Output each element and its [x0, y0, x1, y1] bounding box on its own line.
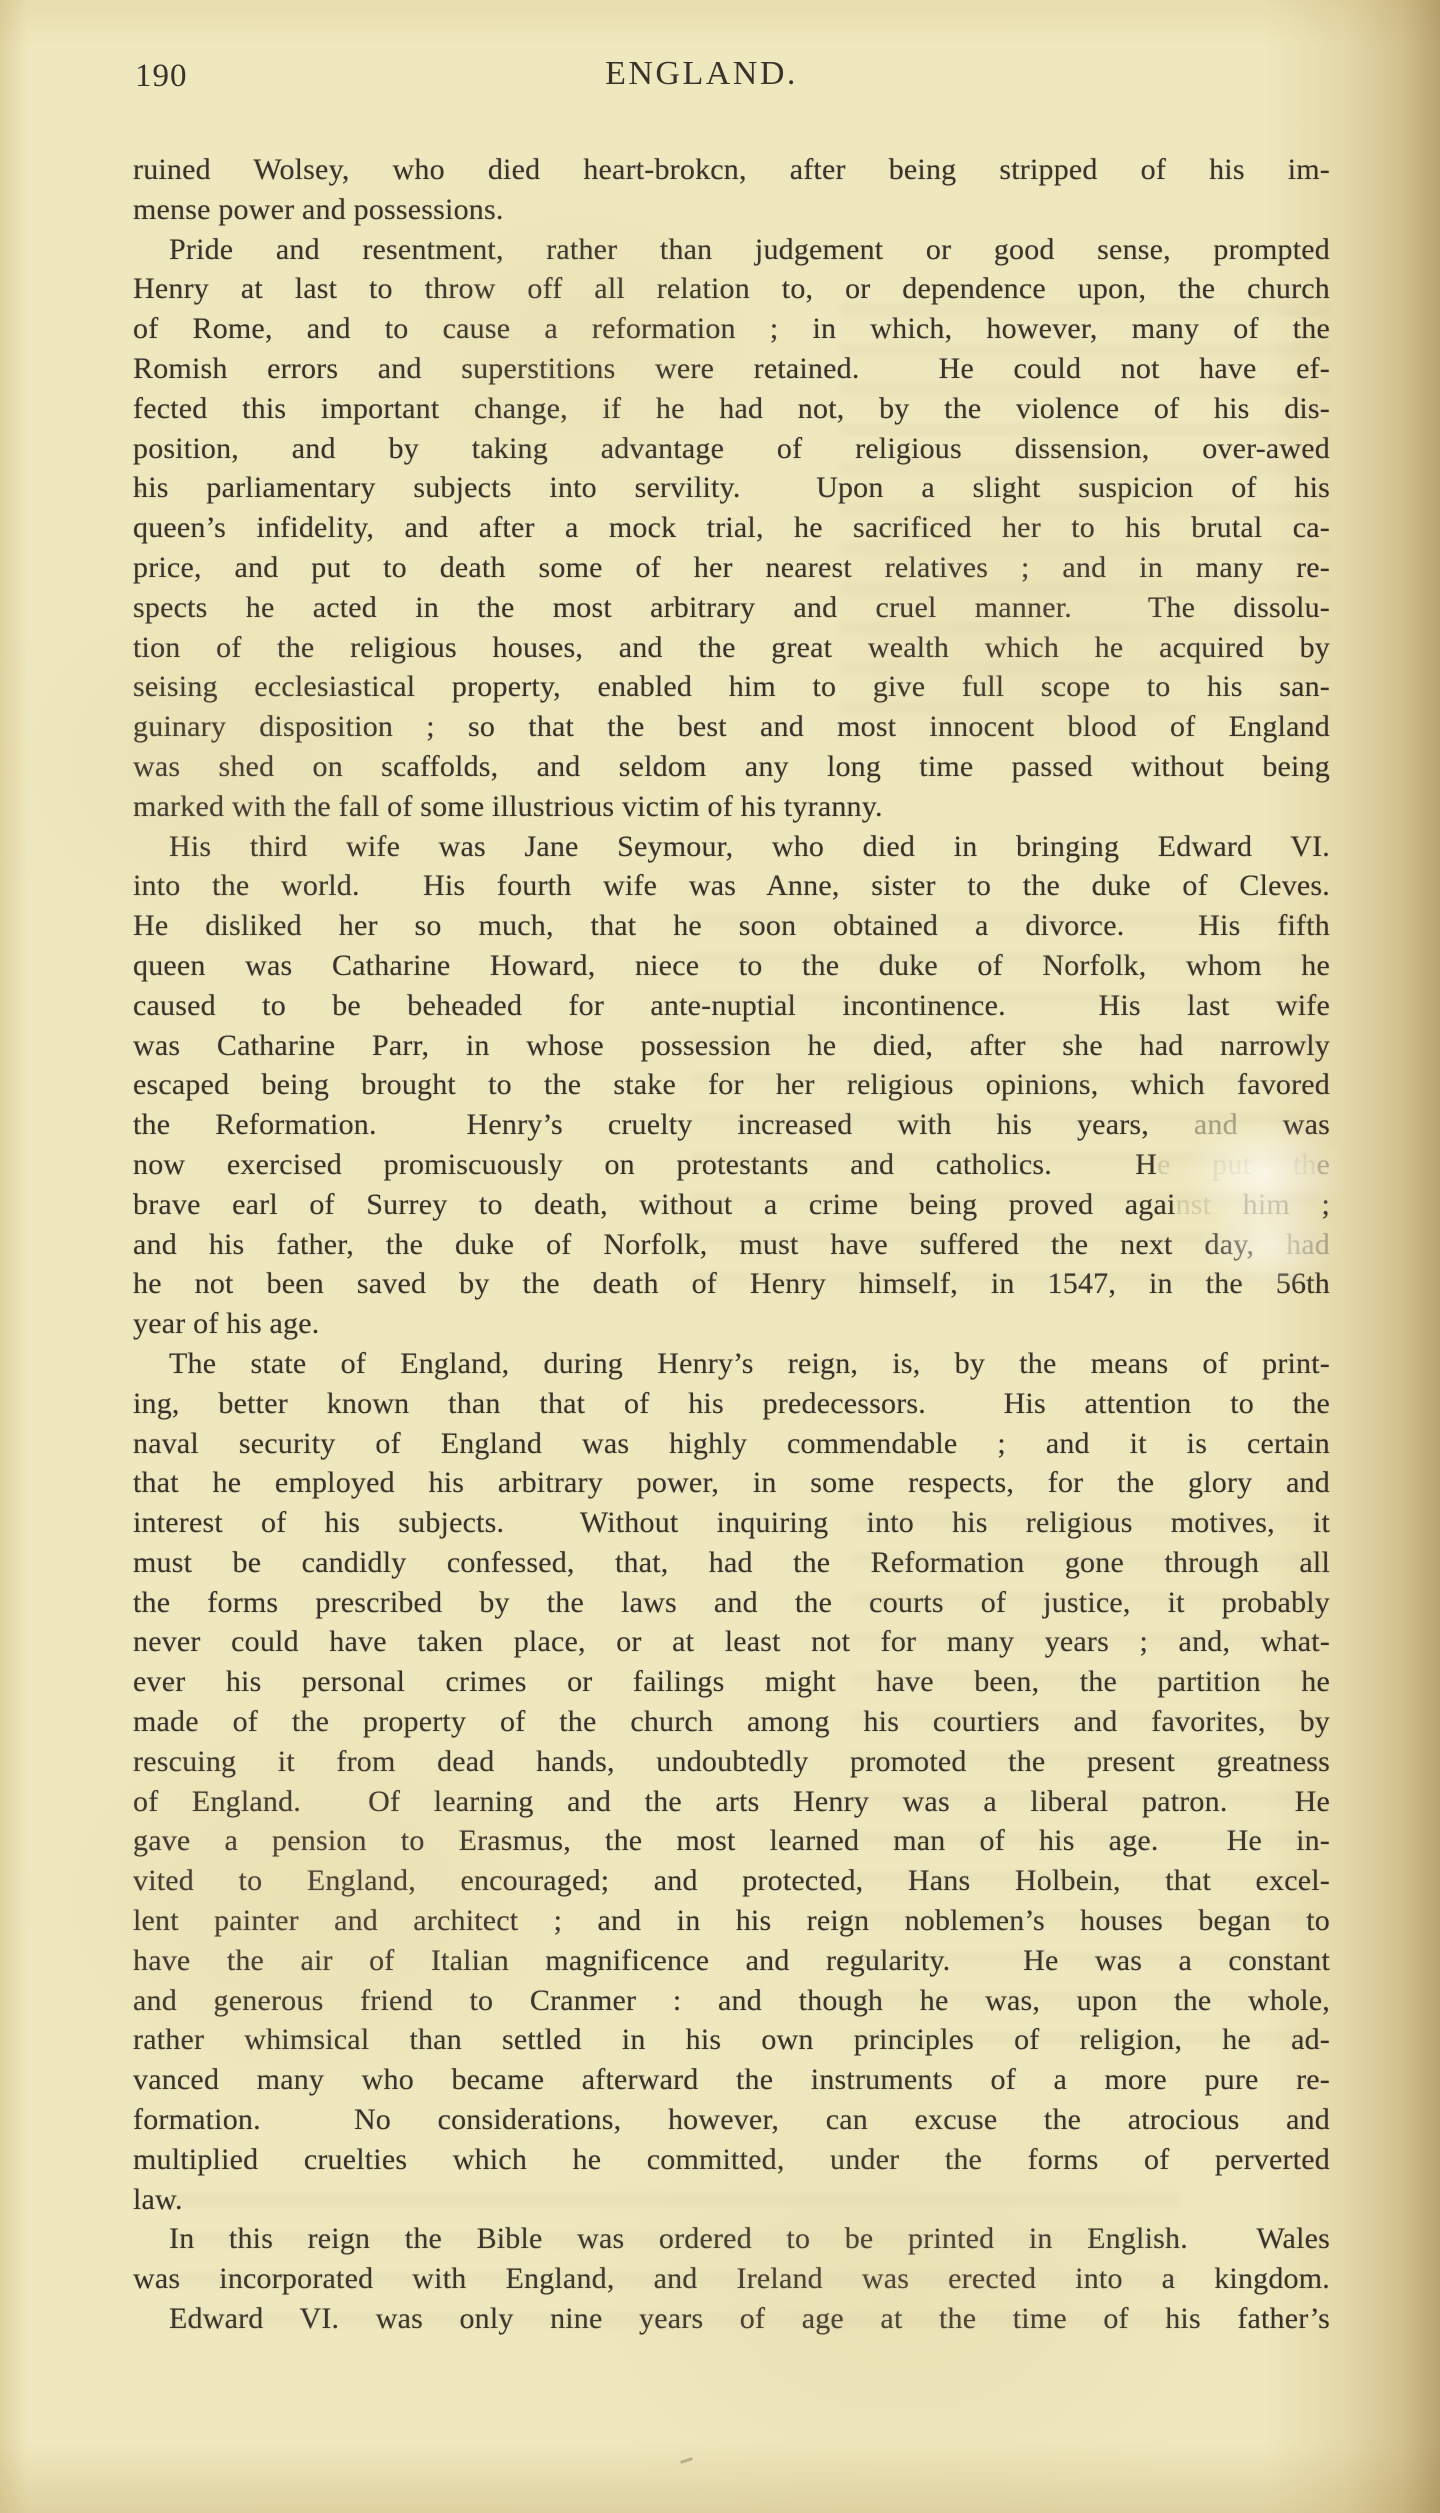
text-line: and generous friend to Cranmer : and tho…: [133, 1981, 1330, 2021]
text-block: ruined Wolsey, who died heart-brokcn, af…: [133, 150, 1330, 2339]
text-segment: that he employed his arbitrary power, in…: [133, 1466, 1330, 1499]
text-segment: law.: [133, 2183, 183, 2216]
text-segment: his parliamentary subjects into servilit…: [133, 471, 1330, 504]
text-line: the Reformation. Henry’s cruelty increas…: [133, 1105, 1330, 1145]
text-line: was incorporated with England, and Irela…: [133, 2259, 1330, 2299]
text-line: rescuing it from dead hands, undoubtedly…: [133, 1742, 1330, 1782]
text-segment: and his father, the duke of Norfolk, mus…: [133, 1228, 1286, 1261]
text-line: of Rome, and to cause a reformation ; in…: [133, 309, 1330, 349]
text-segment: multiplied cruelties which he committed,…: [133, 2143, 1330, 2176]
text-segment: caused to be beheaded for ante-nuptial i…: [133, 989, 1330, 1022]
text-segment: was incorporated with England, and Irela…: [133, 2262, 1330, 2295]
text-segment: year of his age.: [133, 1307, 319, 1340]
text-segment: marked with the fall of some illustrious…: [133, 790, 883, 823]
text-line: gave a pension to Erasmus, the most lear…: [133, 1821, 1330, 1861]
text-segment: Edward VI. was only nine years of age at…: [169, 2302, 1330, 2335]
text-segment: formation. No considerations, however, c…: [133, 2103, 1330, 2136]
text-segment: mense power and possessions.: [133, 193, 504, 226]
text-line: ing, better known than that of his prede…: [133, 1384, 1330, 1424]
text-line: now exercised promiscuously on protestan…: [133, 1145, 1330, 1185]
text-segment: the forms prescribed by the laws and the…: [133, 1586, 1330, 1619]
text-segment: gave a pension to Erasmus, the most lear…: [133, 1824, 1330, 1857]
text-segment: was shed on scaffolds, and seldom any lo…: [133, 750, 1330, 783]
ink-speck: [167, 1684, 172, 1689]
text-segment: of Rome, and to cause a reformation ; in…: [133, 312, 1330, 345]
text-segment: naval security of England was highly com…: [133, 1427, 1330, 1460]
text-line: ever his personal crimes or failings mig…: [133, 1662, 1330, 1702]
text-segment: into the world. His fourth wife was Anne…: [133, 869, 1330, 902]
text-segment: must be candidly confessed, that, had th…: [133, 1546, 1330, 1579]
text-segment: rather whimsical than settled in his own…: [133, 2023, 1330, 2056]
text-line: Henry at last to throw off all relation …: [133, 269, 1330, 309]
ink-speck: [137, 489, 142, 493]
faded-text-segment: had: [1286, 1228, 1330, 1261]
text-segment: price, and put to death some of her near…: [133, 551, 1330, 584]
text-line: spects he acted in the most arbitrary an…: [133, 588, 1330, 628]
text-segment: lent painter and architect ; and in his …: [133, 1904, 1330, 1937]
text-line: Edward VI. was only nine years of age at…: [133, 2299, 1330, 2339]
text-line: never could have taken place, or at leas…: [133, 1622, 1330, 1662]
text-segment: ;: [1290, 1188, 1330, 1221]
faded-text-segment: e put th: [1157, 1148, 1316, 1181]
running-title: ENGLAND.: [103, 55, 1300, 93]
text-line: escaped being brought to the stake for h…: [133, 1065, 1330, 1105]
text-line: rather whimsical than settled in his own…: [133, 2020, 1330, 2060]
text-segment: In this reign the Bible was ordered to b…: [169, 2222, 1330, 2255]
text-line: ruined Wolsey, who died heart-brokcn, af…: [133, 150, 1330, 190]
faded-text-segment: and: [1194, 1108, 1238, 1141]
text-line: formation. No considerations, however, c…: [133, 2100, 1330, 2140]
text-segment: vanced many who became afterward the ins…: [133, 2063, 1330, 2096]
text-line: tion of the religious houses, and the gr…: [133, 628, 1330, 668]
text-line: vanced many who became afterward the ins…: [133, 2060, 1330, 2100]
faded-text-segment: nst: [1176, 1188, 1243, 1221]
text-line: multiplied cruelties which he committed,…: [133, 2140, 1330, 2180]
text-segment: he not been saved by the death of Henry …: [133, 1267, 1330, 1300]
text-line: into the world. His fourth wife was Anne…: [133, 866, 1330, 906]
text-line: his parliamentary subjects into servilit…: [133, 468, 1330, 508]
text-line: guinary disposition ; so that the best a…: [133, 707, 1330, 747]
text-line: queen was Catharine Howard, niece to the…: [133, 946, 1330, 986]
text-segment: never could have taken place, or at leas…: [133, 1625, 1330, 1658]
text-line: that he employed his arbitrary power, in…: [133, 1463, 1330, 1503]
text-segment: Henry at last to throw off all relation …: [133, 272, 1330, 305]
text-segment: have the air of Italian magnificence and…: [133, 1944, 1330, 1977]
text-segment: The state of England, during Henry’s rei…: [169, 1347, 1330, 1380]
text-segment: of England. Of learning and the arts Hen…: [133, 1785, 1330, 1818]
text-segment: brave earl of Surrey to death, without a…: [133, 1188, 1176, 1221]
text-segment: ruined Wolsey, who died heart-brokcn, af…: [133, 153, 1330, 186]
text-line: The state of England, during Henry’s rei…: [133, 1344, 1330, 1384]
text-line: marked with the fall of some illustrious…: [133, 787, 1330, 827]
text-segment: ever his personal crimes or failings mig…: [133, 1665, 1330, 1698]
text-line: year of his age.: [133, 1304, 1330, 1344]
text-segment: now exercised promiscuously on protestan…: [133, 1148, 1157, 1181]
text-line: His third wife was Jane Seymour, who die…: [133, 827, 1330, 867]
text-line: Pride and resentment, rather than judgem…: [133, 230, 1330, 270]
text-line: naval security of England was highly com…: [133, 1424, 1330, 1464]
text-line: brave earl of Surrey to death, without a…: [133, 1185, 1330, 1225]
text-segment: tion of the religious houses, and the gr…: [133, 631, 1330, 664]
text-line: fected this important change, if he had …: [133, 389, 1330, 429]
text-segment: spects he acted in the most arbitrary an…: [133, 591, 1330, 624]
text-line: In this reign the Bible was ordered to b…: [133, 2219, 1330, 2259]
text-segment: fected this important change, if he had …: [133, 392, 1330, 425]
text-line: of England. Of learning and the arts Hen…: [133, 1782, 1330, 1822]
text-line: law.: [133, 2180, 1330, 2220]
text-line: mense power and possessions.: [133, 190, 1330, 230]
text-line: position, and by taking advantage of rel…: [133, 429, 1330, 469]
text-line: and his father, the duke of Norfolk, mus…: [133, 1225, 1330, 1265]
book-page: 190 ENGLAND. ruined Wolsey, who died hea…: [0, 0, 1440, 2513]
text-segment: queen’s infidelity, and after a mock tri…: [133, 511, 1330, 544]
text-line: have the air of Italian magnificence and…: [133, 1941, 1330, 1981]
text-segment: Pride and resentment, rather than judgem…: [169, 233, 1330, 266]
text-line: vited to England, encouraged; and protec…: [133, 1861, 1330, 1901]
text-segment: was: [1238, 1108, 1330, 1141]
text-segment: His third wife was Jane Seymour, who die…: [169, 830, 1330, 863]
text-line: must be candidly confessed, that, had th…: [133, 1543, 1330, 1583]
text-line: interest of his subjects. Without inquir…: [133, 1503, 1330, 1543]
text-line: seising ecclesiastical property, enabled…: [133, 667, 1330, 707]
text-line: price, and put to death some of her near…: [133, 548, 1330, 588]
text-line: Romish errors and superstitions were ret…: [133, 349, 1330, 389]
text-line: He disliked her so much, that he soon ob…: [133, 906, 1330, 946]
text-segment: was Catharine Parr, in whose possession …: [133, 1029, 1330, 1062]
text-segment: position, and by taking advantage of rel…: [133, 432, 1330, 465]
text-segment: escaped being brought to the stake for h…: [133, 1068, 1330, 1101]
text-segment: vited to England, encouraged; and protec…: [133, 1864, 1330, 1897]
text-segment: seising ecclesiastical property, enabled…: [133, 670, 1330, 703]
text-line: made of the property of the church among…: [133, 1702, 1330, 1742]
text-line: was Catharine Parr, in whose possession …: [133, 1026, 1330, 1066]
text-line: was shed on scaffolds, and seldom any lo…: [133, 747, 1330, 787]
text-segment: guinary disposition ; so that the best a…: [133, 710, 1330, 743]
faded-text-segment: e: [1316, 1148, 1330, 1181]
text-segment: queen was Catharine Howard, niece to the…: [133, 949, 1330, 982]
text-line: queen’s infidelity, and after a mock tri…: [133, 508, 1330, 548]
text-line: caused to be beheaded for ante-nuptial i…: [133, 986, 1330, 1026]
text-segment: ing, better known than that of his prede…: [133, 1387, 1330, 1420]
text-line: he not been saved by the death of Henry …: [133, 1264, 1330, 1304]
ink-speck: [680, 2457, 693, 2464]
faded-text-segment: him: [1243, 1188, 1290, 1221]
text-line: lent painter and architect ; and in his …: [133, 1901, 1330, 1941]
text-line: the forms prescribed by the laws and the…: [133, 1583, 1330, 1623]
text-segment: He disliked her so much, that he soon ob…: [133, 909, 1330, 942]
text-segment: interest of his subjects. Without inquir…: [133, 1506, 1330, 1539]
text-segment: the Reformation. Henry’s cruelty increas…: [133, 1108, 1194, 1141]
text-segment: Romish errors and superstitions were ret…: [133, 352, 1330, 385]
text-segment: made of the property of the church among…: [133, 1705, 1330, 1738]
text-segment: rescuing it from dead hands, undoubtedly…: [133, 1745, 1330, 1778]
text-segment: and generous friend to Cranmer : and tho…: [133, 1984, 1330, 2017]
